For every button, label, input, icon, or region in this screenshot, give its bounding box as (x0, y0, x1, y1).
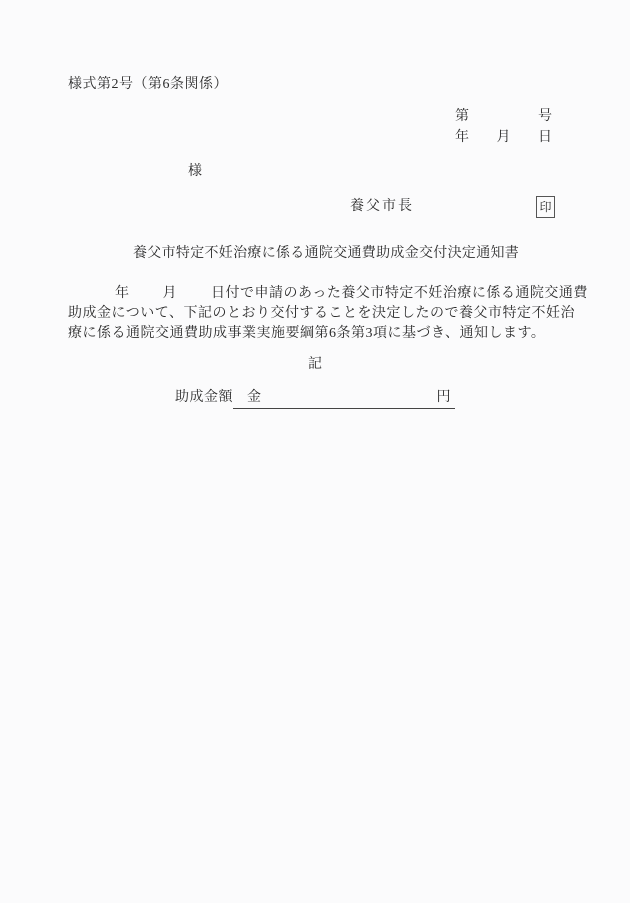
seal-placeholder-box: 印 (536, 196, 555, 218)
date-line: 年 月 日 (455, 131, 552, 145)
sender-title: 養父市長 (350, 200, 414, 214)
amount-blank-field: 金 円 (233, 391, 455, 409)
amount-currency-suffix: 円 (437, 391, 452, 405)
body-line-3: 療に係る通院交通費助成事業実施要綱第6条第3項に基づき、通知します。 (68, 324, 568, 344)
date-month-label: 月 (497, 131, 511, 145)
form-number: 様式第2号（第6条関係） (68, 78, 228, 92)
body-paragraph: 年月日付で申請のあった養父市特定不妊治療に係る通院交通費 助成金について、下記の… (68, 284, 568, 344)
document-number-prefix: 第 (455, 110, 469, 124)
body-line-1-text: 日付で申請のあった養父市特定不妊治療に係る通院交通費 (211, 286, 588, 301)
addressee-honorific: 様 (188, 165, 202, 179)
seal-mark: 印 (539, 201, 551, 213)
body-month-label: 月 (163, 286, 178, 301)
amount-currency-prefix: 金 (247, 391, 262, 405)
date-year-label: 年 (455, 131, 469, 145)
document-title: 養父市特定不妊治療に係る通院交通費助成金交付決定通知書 (133, 247, 519, 261)
amount-label: 助成金額 (175, 391, 233, 405)
document-page: 様式第2号（第6条関係） 第 号 年 月 日 様 養父市長 印 養父市特定不妊治… (0, 0, 630, 903)
document-number-suffix: 号 (538, 110, 552, 124)
amount-line: 助成金額 金 円 (175, 391, 455, 409)
body-year-label: 年 (115, 286, 130, 301)
date-day-label: 日 (538, 131, 552, 145)
body-line-1: 年月日付で申請のあった養父市特定不妊治療に係る通院交通費 (68, 284, 568, 304)
body-line-2: 助成金について、下記のとおり交付することを決定したので養父市特定不妊治 (68, 304, 568, 324)
document-number-line: 第 号 (455, 110, 552, 124)
record-heading: 記 (0, 358, 630, 372)
